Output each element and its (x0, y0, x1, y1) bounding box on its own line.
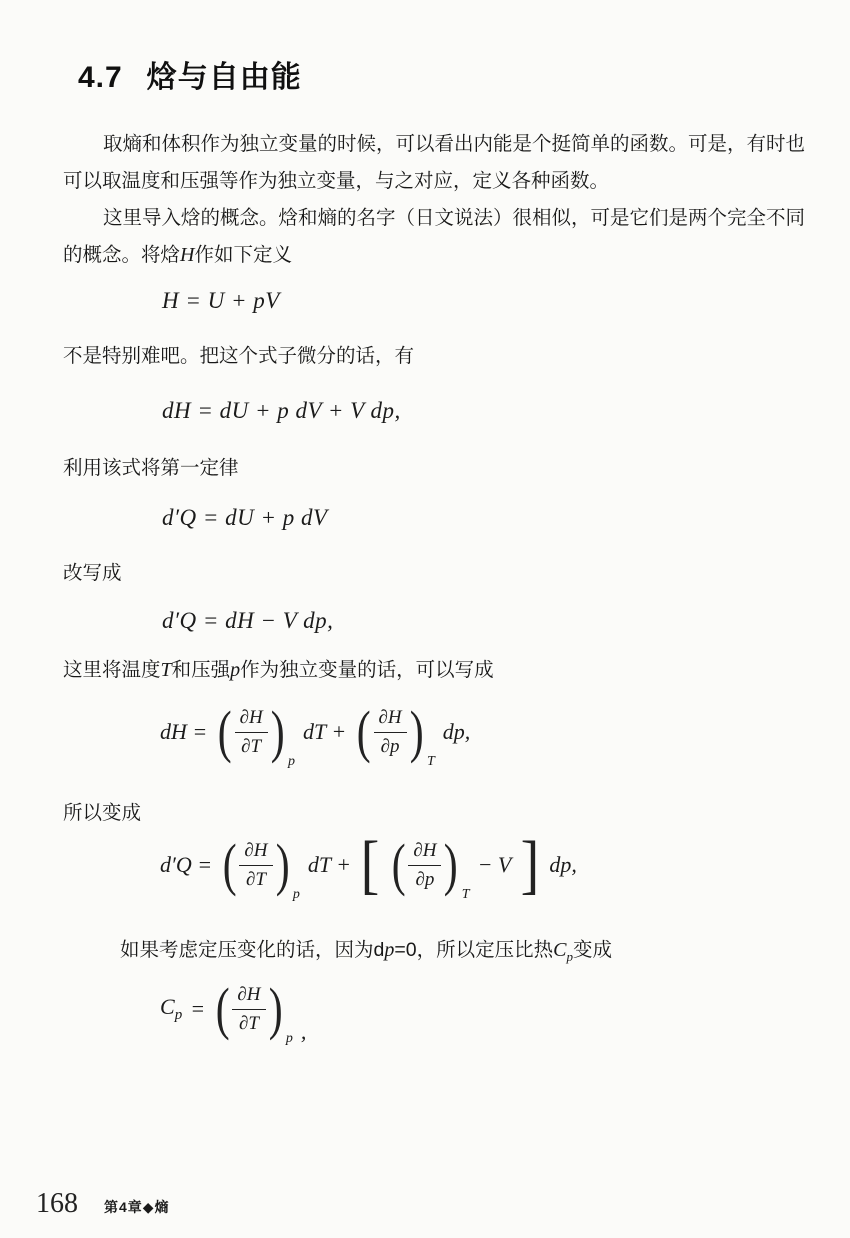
numerator: ∂H (239, 840, 272, 866)
paragraph-8-text-end: 变成 (573, 939, 612, 961)
var-p: p (384, 939, 394, 961)
left-bracket: [ (361, 832, 380, 898)
paragraph-6: 这里将温度T和压强p作为独立变量的话，可以写成 (63, 652, 811, 689)
paragraph-8-text: 如果考虑定压变化的话，因为d (120, 939, 384, 961)
subscript-p: p (288, 754, 295, 770)
numerator: ∂H (408, 840, 441, 866)
denominator: ∂p (415, 866, 434, 891)
eq6-lhs: d′Q = (160, 852, 212, 878)
eq5-term1: ( ∂H ∂T ) p (215, 703, 295, 761)
paragraph-8-text-mid: =0，所以定压比热 (394, 939, 553, 961)
left-paren: ( (218, 703, 232, 761)
subscript-T: T (427, 754, 435, 770)
denominator: ∂T (239, 1010, 259, 1035)
paragraph-1-line-2: 可以取温度和压强等作为独立变量，与之对应，定义各种函数。 (63, 163, 811, 200)
denominator: ∂p (381, 733, 400, 758)
denominator: ∂T (246, 866, 266, 891)
scanned-book-page: 4.7 焓与自由能 取熵和体积作为独立变量的时候，可以看出内能是个挺简单的函数。… (0, 0, 850, 1238)
paragraph-6-text: 这里将温度 (63, 659, 161, 681)
eq7-term: ( ∂H ∂T ) p (213, 980, 293, 1038)
eq5-mid: dT + (303, 719, 346, 745)
paragraph-1: 取熵和体积作为独立变量的时候，可以看出内能是个挺简单的函数。可是，有时也 可以取… (63, 126, 811, 200)
equation-dQ-rewritten: d′Q = dH − V dp, (162, 608, 333, 634)
section-heading: 4.7 焓与自由能 (78, 52, 302, 96)
equation-Cp-definition: Cp = ( ∂H ∂T ) p , (160, 980, 306, 1038)
fraction-dH-dp: ∂H ∂p (408, 840, 441, 891)
eq6-mid: dT + (308, 852, 351, 878)
left-paren: ( (223, 836, 237, 894)
var-C: C (160, 994, 175, 1019)
var-H: H (180, 244, 194, 266)
fraction-dH-dp: ∂H ∂p (374, 707, 407, 758)
paragraph-2-line-2: 的概念。将焓H作如下定义 (63, 237, 811, 274)
left-paren: ( (216, 980, 230, 1038)
page-footer: 168 第4章◆熵 (36, 1188, 170, 1220)
equation-dQ-partials: d′Q = ( ∂H ∂T ) p dT + [ ( ∂H ∂p ) T − V… (160, 832, 577, 898)
eq5-term2: ( ∂H ∂p ) T (354, 703, 435, 761)
eq6-minus-V: − V (478, 852, 512, 878)
right-bracket: ] (521, 832, 540, 898)
paragraph-7: 所以变成 (63, 795, 811, 832)
paragraph-6-text-mid: 和压强 (172, 659, 231, 681)
fraction-dH-dT: ∂H ∂T (232, 984, 265, 1035)
var-C-subscript: p (175, 1007, 183, 1023)
section-number: 4.7 (78, 61, 123, 95)
paragraph-2-text: 的概念。将焓 (63, 244, 180, 266)
eq6-tail: dp, (549, 852, 577, 878)
subscript-p: p (293, 887, 300, 903)
equation-dH-partials: dH = ( ∂H ∂T ) p dT + ( ∂H ∂p ) T dp, (160, 703, 470, 761)
right-paren: ) (409, 703, 423, 761)
fraction-dH-dT: ∂H ∂T (239, 840, 272, 891)
paragraph-6-text-end: 作为独立变量的话，可以写成 (240, 659, 494, 681)
right-paren: ) (275, 836, 289, 894)
paragraph-2-line-1: 这里导入焓的概念。焓和熵的名字（日文说法）很相似，可是它们是两个完全不同 (63, 200, 811, 237)
eq7-tail: , (301, 1019, 307, 1045)
paragraph-2: 这里导入焓的概念。焓和熵的名字（日文说法）很相似，可是它们是两个完全不同 的概念… (63, 200, 811, 274)
subscript-T: T (462, 887, 470, 903)
fraction-dH-dT: ∂H ∂T (235, 707, 268, 758)
left-paren: ( (392, 836, 406, 894)
numerator: ∂H (235, 707, 268, 733)
eq6-term1: ( ∂H ∂T ) p (220, 836, 300, 894)
page-number: 168 (36, 1188, 78, 1220)
right-paren: ) (268, 980, 282, 1038)
paragraph-4: 利用该式将第一定律 (63, 450, 811, 487)
chapter-label: 第4章◆熵 (104, 1197, 170, 1217)
equation-dH-differential: dH = dU + p dV + V dp, (162, 398, 401, 424)
eq5-lhs: dH = (160, 719, 207, 745)
var-p: p (230, 659, 240, 681)
paragraph-1-line-1: 取熵和体积作为独立变量的时候，可以看出内能是个挺简单的函数。可是，有时也 (63, 126, 811, 163)
numerator: ∂H (374, 707, 407, 733)
var-T: T (161, 659, 172, 681)
right-paren: ) (444, 836, 458, 894)
numerator: ∂H (232, 984, 265, 1010)
paragraph-5: 改写成 (63, 555, 811, 592)
eq7-equals: = (190, 996, 205, 1022)
var-Cp: C (553, 939, 566, 961)
subscript-p: p (286, 1031, 293, 1047)
right-paren: ) (270, 703, 284, 761)
eq5-tail: dp, (443, 719, 471, 745)
paragraph-2-text-end: 作如下定义 (194, 244, 292, 266)
eq6-term2: ( ∂H ∂p ) T (389, 836, 470, 894)
paragraph-8: 如果考虑定压变化的话，因为dp=0，所以定压比热Cp变成 (63, 932, 850, 975)
eq7-lhs: Cp (160, 994, 182, 1024)
paragraph-3: 不是特别难吧。把这个式子微分的话，有 (63, 338, 811, 375)
left-paren: ( (357, 703, 371, 761)
equation-first-law: d′Q = dU + p dV (162, 505, 328, 531)
denominator: ∂T (241, 733, 261, 758)
section-title: 焓与自由能 (147, 52, 302, 96)
equation-enthalpy-definition: H = U + pV (162, 288, 280, 314)
